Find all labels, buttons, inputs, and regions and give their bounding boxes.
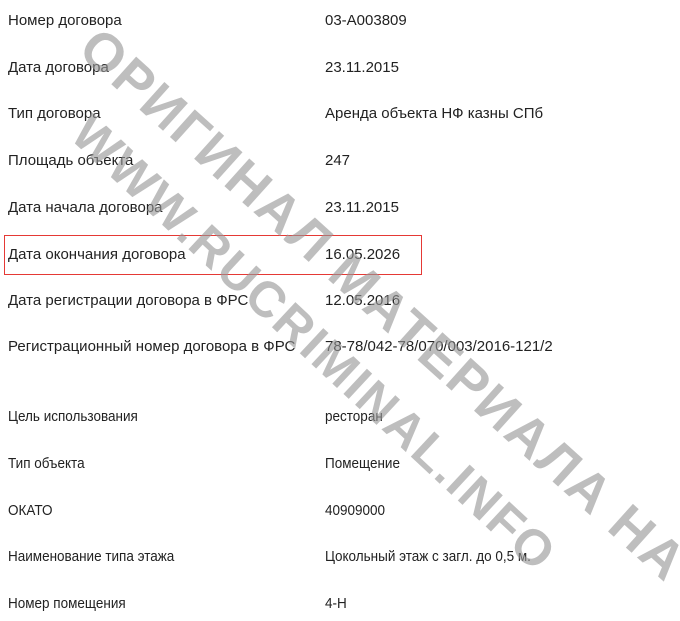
field-label: Номер помещения [8, 592, 278, 615]
field-value: 12.05.2016 [325, 289, 400, 312]
field-label: Тип договора [8, 102, 308, 125]
field-value: Цокольный этаж с загл. до 0,5 м. [325, 545, 531, 568]
field-value: 23.11.2015 [325, 196, 399, 219]
field-label: Дата договора [8, 56, 308, 79]
field-label: Регистрационный номер договора в ФРС [8, 335, 298, 358]
field-value: ресторан [325, 405, 383, 428]
field-value: Помещение [325, 452, 400, 475]
field-value: 40909000 [325, 499, 385, 522]
field-label: Дата начала договора [8, 196, 308, 219]
field-label: Площадь объекта [8, 149, 308, 172]
field-value: 4-Н [325, 592, 347, 615]
field-label: Номер договора [8, 9, 308, 32]
field-label: Дата регистрации договора в ФРС [8, 289, 308, 312]
field-label: Дата окончания договора [8, 243, 308, 266]
field-label: Наименование типа этажа [8, 545, 278, 568]
field-label: Тип объекта [8, 452, 278, 475]
field-value: 03-А003809 [325, 9, 407, 32]
field-value: 23.11.2015 [325, 56, 399, 79]
field-value: 78-78/042-78/070/003/2016-121/2 [325, 335, 553, 358]
contract-details: Номер договора 03-А003809 Дата договора … [0, 0, 680, 621]
field-value: 16.05.2026 [325, 243, 400, 266]
field-value: Аренда объекта НФ казны СПб [325, 102, 543, 125]
field-value: 247 [325, 149, 350, 172]
field-label: Цель использования [8, 405, 278, 428]
field-label: ОКАТО [8, 499, 278, 522]
